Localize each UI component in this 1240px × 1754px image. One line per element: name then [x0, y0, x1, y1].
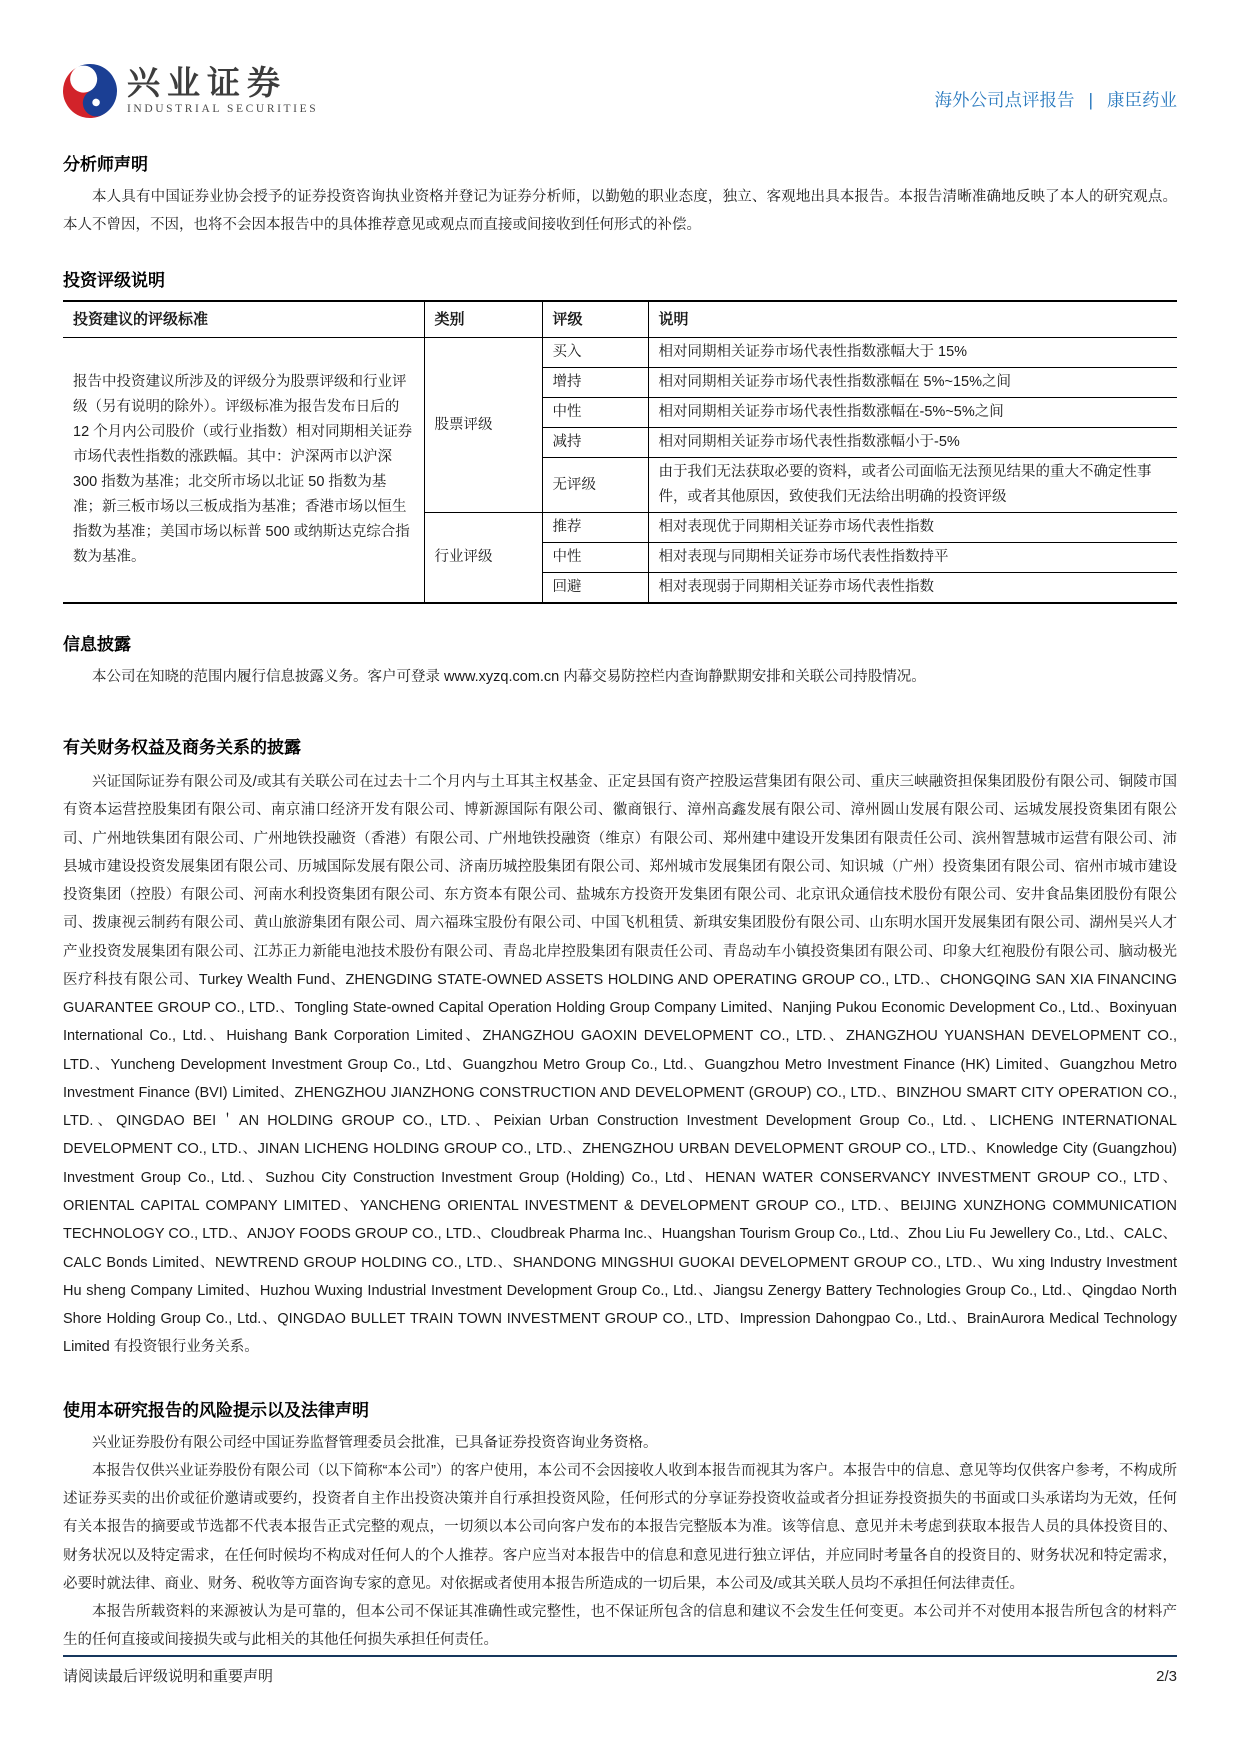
section-title-rating-explanation: 投资评级说明: [63, 266, 1177, 291]
report-title: 海外公司点评报告|康臣药业: [934, 87, 1177, 118]
table-row: 报告中投资建议所涉及的评级分为股票评级和行业评级（另有说明的除外）。评级标准为报…: [63, 338, 1177, 368]
info-disclosure-body: 本公司在知晓的范围内履行信息披露义务。客户可登录 www.xyzq.com.cn…: [63, 663, 1177, 691]
report-page: 兴业证券 INDUSTRIAL SECURITIES 海外公司点评报告|康臣药业…: [0, 0, 1240, 1754]
rating-table-header-row: 投资建议的评级标准 类别 评级 说明: [63, 301, 1177, 338]
rating-criteria-cell: 报告中投资建议所涉及的评级分为股票评级和行业评级（另有说明的除外）。评级标准为报…: [63, 338, 424, 603]
category-industry-rating: 行业评级: [424, 512, 542, 602]
rating-underweight: 减持: [542, 428, 648, 458]
page-number: 2/3: [1156, 1668, 1177, 1685]
rating-avoid: 回避: [542, 572, 648, 602]
rating-norating: 无评级: [542, 458, 648, 513]
rating-buy: 买入: [542, 338, 648, 368]
brand-name-cn: 兴业证券: [127, 67, 318, 102]
col-header-criteria: 投资建议的评级标准: [63, 301, 424, 338]
col-header-category: 类别: [424, 301, 542, 338]
legal-paragraph-1: 兴业证券股份有限公司经中国证券监督管理委员会批准，已具备证券投资咨询业务资格。: [63, 1429, 1177, 1457]
industrial-securities-logo-icon: [53, 54, 126, 127]
category-stock-rating: 股票评级: [424, 338, 542, 513]
rating-neutral-stock-desc: 相对同期相关证券市场代表性指数涨幅在-5%~5%之间: [648, 398, 1177, 428]
rating-recommend-desc: 相对表现优于同期相关证券市场代表性指数: [648, 512, 1177, 542]
rating-recommend: 推荐: [542, 512, 648, 542]
rating-table: 投资建议的评级标准 类别 评级 说明 报告中投资建议所涉及的评级分为股票评级和行…: [63, 300, 1177, 604]
brand-text: 兴业证券 INDUSTRIAL SECURITIES: [127, 67, 318, 116]
rating-neutral-stock: 中性: [542, 398, 648, 428]
rating-overweight-desc: 相对同期相关证券市场代表性指数涨幅在 5%~15%之间: [648, 368, 1177, 398]
section-title-info-disclosure: 信息披露: [63, 630, 1177, 655]
title-separator: |: [1088, 90, 1093, 110]
rating-overweight: 增持: [542, 368, 648, 398]
section-title-financial-disclosure: 有关财务权益及商务关系的披露: [63, 733, 1177, 758]
section-title-legal-statement: 使用本研究报告的风险提示以及法律声明: [63, 1396, 1177, 1421]
footer-disclaimer-note: 请阅读最后评级说明和重要声明: [63, 1665, 273, 1686]
rating-neutral-industry-desc: 相对表现与同期相关证券市场代表性指数持平: [648, 542, 1177, 572]
col-header-description: 说明: [648, 301, 1177, 338]
report-type-label: 海外公司点评报告: [934, 90, 1074, 110]
page-footer: 请阅读最后评级说明和重要声明 2/3: [63, 1655, 1177, 1686]
financial-disclosure-body: 兴证国际证券有限公司及/或其有关联公司在过去十二个月内与土耳其主权基金、正定县国…: [63, 768, 1177, 1362]
rating-avoid-desc: 相对表现弱于同期相关证券市场代表性指数: [648, 572, 1177, 602]
legal-paragraph-3: 本报告所载资料的来源被认为是可靠的，但本公司不保证其准确性或完整性，也不保证所包…: [63, 1598, 1177, 1655]
report-company-label: 康臣药业: [1107, 90, 1177, 110]
brand-name-en: INDUSTRIAL SECURITIES: [127, 103, 318, 115]
analyst-statement-body: 本人具有中国证券业协会授予的证券投资咨询执业资格并登记为证券分析师，以勤勉的职业…: [63, 183, 1177, 240]
rating-neutral-industry: 中性: [542, 542, 648, 572]
col-header-rating: 评级: [542, 301, 648, 338]
brand: 兴业证券 INDUSTRIAL SECURITIES: [63, 64, 318, 118]
section-title-analyst-statement: 分析师声明: [63, 150, 1177, 175]
legal-paragraph-2: 本报告仅供兴业证券股份有限公司（以下简称“本公司”）的客户使用，本公司不会因接收…: [63, 1457, 1177, 1598]
report-header: 兴业证券 INDUSTRIAL SECURITIES 海外公司点评报告|康臣药业: [63, 0, 1177, 118]
rating-norating-desc: 由于我们无法获取必要的资料，或者公司面临无法预见结果的重大不确定性事件，或者其他…: [648, 458, 1177, 513]
rating-underweight-desc: 相对同期相关证券市场代表性指数涨幅小于-5%: [648, 428, 1177, 458]
rating-buy-desc: 相对同期相关证券市场代表性指数涨幅大于 15%: [648, 338, 1177, 368]
